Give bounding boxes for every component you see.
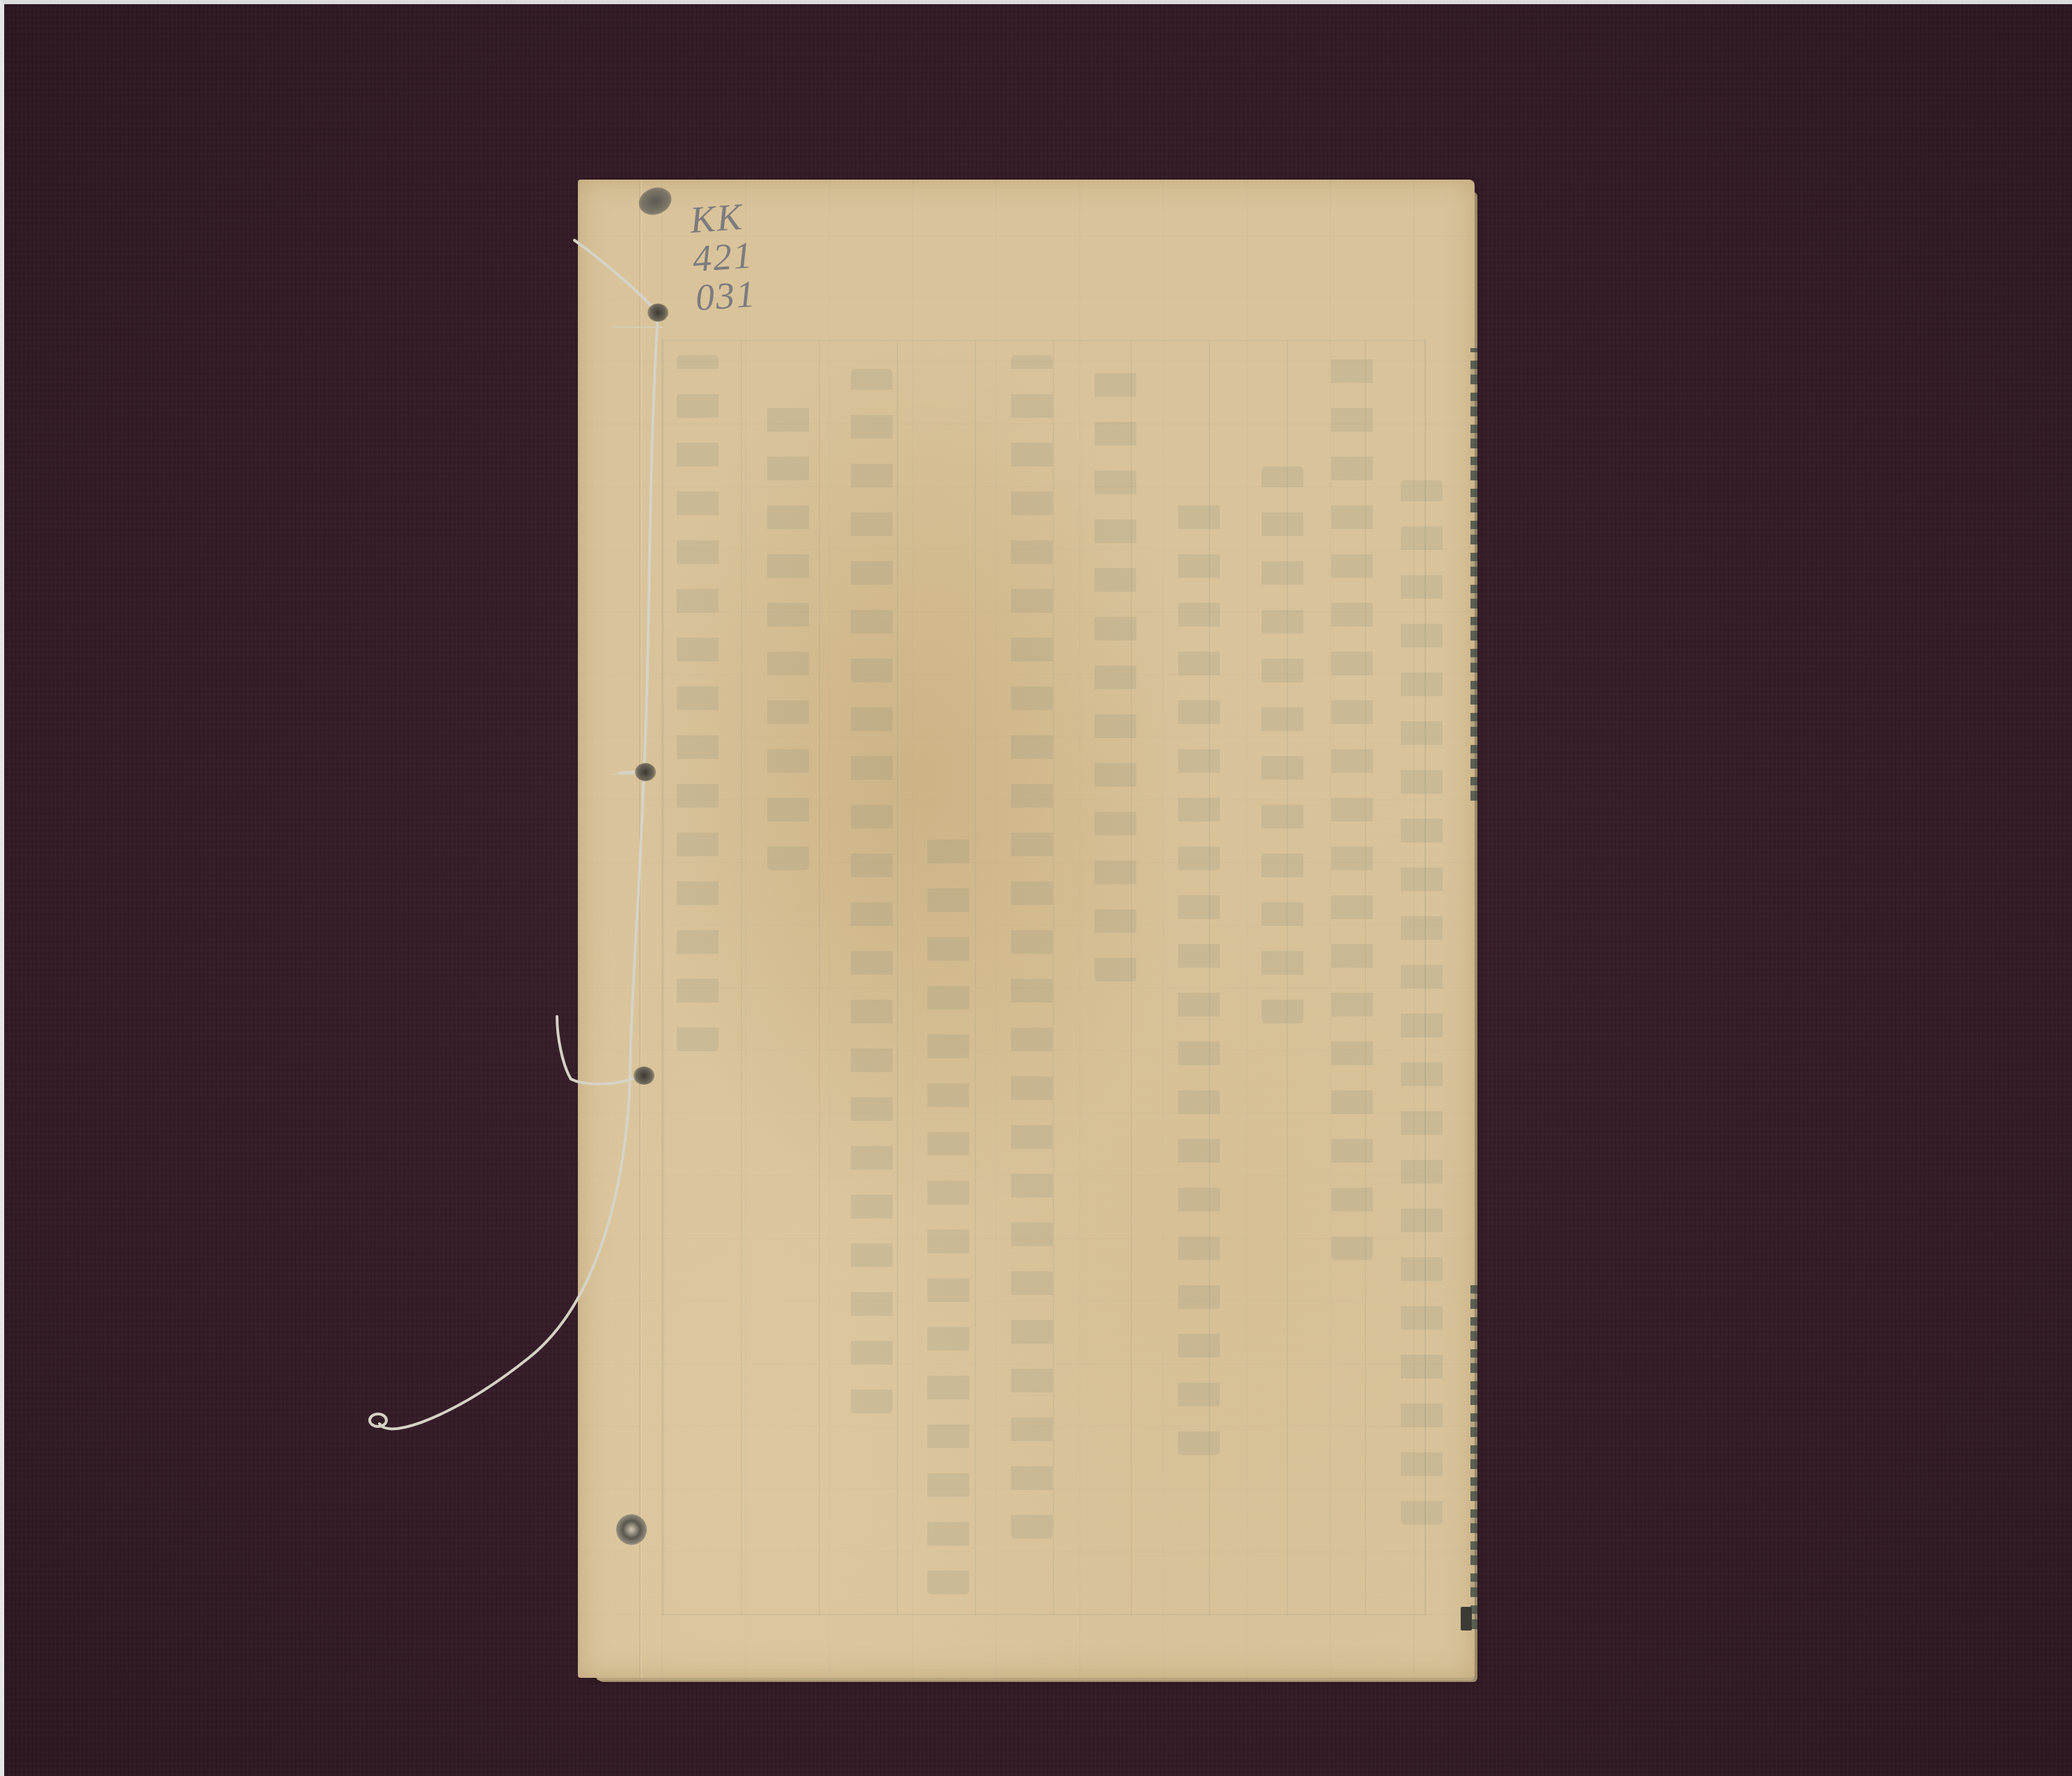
binding-knot <box>634 1067 654 1085</box>
binding-thread <box>0 0 2072 1776</box>
binding-knot <box>635 763 656 781</box>
binding-knot-bottom <box>616 1514 647 1545</box>
binding-knot <box>647 304 668 322</box>
